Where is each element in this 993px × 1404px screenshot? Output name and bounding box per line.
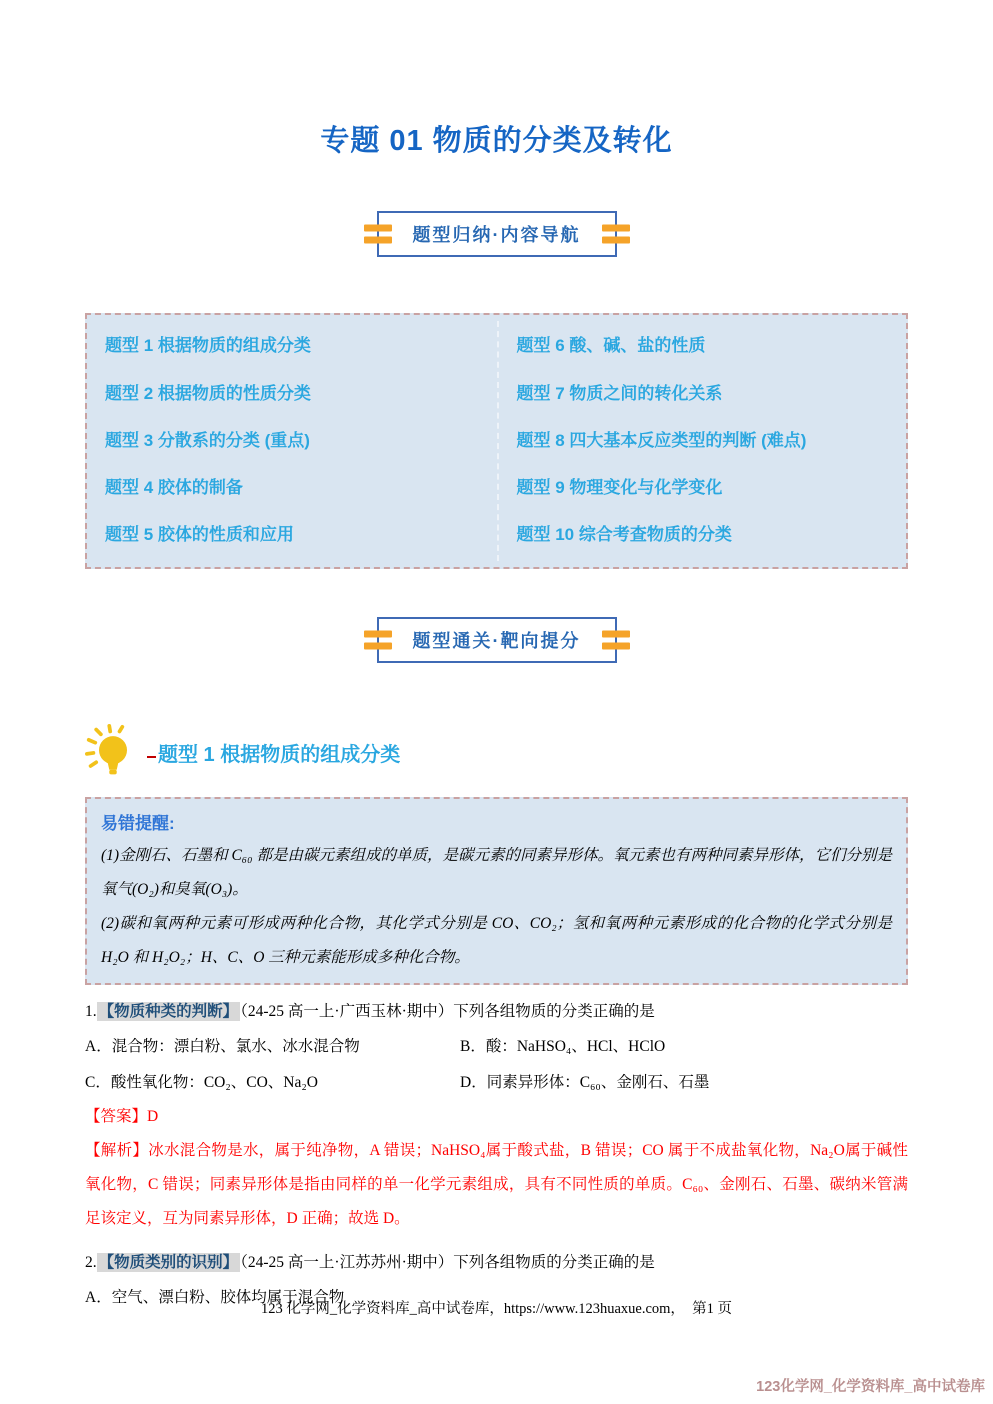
- question-tag: 【物质种类的判断】: [97, 1002, 241, 1021]
- analysis-label: 【解析】: [85, 1142, 148, 1159]
- question-stem-text: （24-25 高一上·广西玉林·期中）下列各组物质的分类正确的是: [240, 1003, 655, 1020]
- toc-item-4: 题型 4 胶体的制备: [87, 478, 497, 498]
- toc-item-10: 题型 10 综合考查物质的分类: [499, 525, 907, 545]
- badge-label: 题型归纳·内容导航: [413, 225, 581, 245]
- tip-box: 易错提醒: (1)金刚石、石墨和 C₆₀ 都是由碳元素组成的单质，是碳元素的同素…: [85, 797, 908, 985]
- option-c: C．酸性氧化物：CO₂、CO、Na₂O: [85, 1066, 460, 1100]
- double-bar-icon: [364, 631, 392, 650]
- toc-item-9: 题型 9 物理变化与化学变化: [499, 478, 907, 498]
- option-d: D．同素异形体：C₆₀、金刚石、石墨: [460, 1066, 908, 1100]
- answer-value: D: [147, 1108, 158, 1125]
- answer-label: 【答案】: [85, 1108, 147, 1125]
- section-title: 题型 1 根据物质的组成分类: [158, 738, 400, 767]
- tip-line: (1)金刚石、石墨和 C₆₀ 都是由碳元素组成的单质，是碳元素的同素异形体。氧元…: [101, 839, 892, 907]
- toc-item-8: 题型 8 四大基本反应类型的判断 (难点): [499, 431, 907, 451]
- question-tag: 【物质类别的识别】: [97, 1253, 241, 1272]
- page-footer: 123 化学网_化学资料库_高中试卷库，https://www.123huaxu…: [0, 1297, 993, 1318]
- question-stem: 2.【物质类别的识别】（24-25 高一上·江苏苏州·期中）下列各组物质的分类正…: [85, 1246, 908, 1280]
- answer-line: 【答案】D: [85, 1100, 908, 1134]
- toc-item-5: 题型 5 胶体的性质和应用: [87, 525, 497, 545]
- option-a: A．混合物：漂白粉、氯水、冰水混合物: [85, 1030, 460, 1064]
- page-content: 专题 01 物质的分类及转化 题型归纳·内容导航 题型 1 根据物质的组成分类 …: [0, 118, 993, 1315]
- ribbon-badge-practice: 题型通关·靶向提分: [377, 617, 617, 663]
- question-stem: 1.【物质种类的判断】（24-25 高一上·广西玉林·期中）下列各组物质的分类正…: [85, 995, 908, 1029]
- spellcheck-mark: [147, 746, 156, 758]
- worksheet-page: { "title": "专题 01 物质的分类及转化", "colors": {…: [0, 0, 993, 1404]
- analysis-text: 冰水混合物是水，属于纯净物，A 错误；NaHSO₄属于酸式盐，B 错误；CO 属…: [85, 1142, 908, 1227]
- double-bar-icon: [602, 225, 630, 244]
- ribbon-badge-toc: 题型归纳·内容导航: [377, 211, 617, 257]
- analysis-line: 【解析】冰水混合物是水，属于纯净物，A 错误；NaHSO₄属于酸式盐，B 错误；…: [85, 1134, 908, 1236]
- tip-line: (2)碳和氧两种元素可形成两种化合物，其化学式分别是 CO、CO₂；氢和氧两种元…: [101, 907, 892, 975]
- question-number: 1.: [85, 1003, 97, 1020]
- option-grid: A．混合物：漂白粉、氯水、冰水混合物 B．酸：NaHSO₄、HCl、HClO C…: [85, 1030, 908, 1100]
- toc-table: 题型 1 根据物质的组成分类 题型 2 根据物质的性质分类 题型 3 分散系的分…: [85, 313, 908, 569]
- toc-item-3: 题型 3 分散系的分类 (重点): [87, 431, 497, 451]
- toc-column-right: 题型 6 酸、碱、盐的性质 题型 7 物质之间的转化关系 题型 8 四大基本反应…: [497, 321, 907, 561]
- section-header: 题型 1 根据物质的组成分类: [85, 721, 908, 783]
- toc-item-1: 题型 1 根据物质的组成分类: [87, 336, 497, 356]
- badge-label: 题型通关·靶向提分: [413, 631, 581, 651]
- page-title: 专题 01 物质的分类及转化: [85, 118, 908, 159]
- toc-item-2: 题型 2 根据物质的性质分类: [87, 384, 497, 404]
- lightbulb-icon: [85, 722, 141, 782]
- question-1: 1.【物质种类的判断】（24-25 高一上·广西玉林·期中）下列各组物质的分类正…: [85, 995, 908, 1236]
- double-bar-icon: [364, 225, 392, 244]
- tip-heading: 易错提醒:: [101, 809, 892, 839]
- option-b: B．酸：NaHSO₄、HCl、HClO: [460, 1030, 908, 1064]
- double-bar-icon: [602, 631, 630, 650]
- question-number: 2.: [85, 1254, 97, 1271]
- question-stem-text: （24-25 高一上·江苏苏州·期中）下列各组物质的分类正确的是: [240, 1254, 655, 1271]
- toc-item-7: 题型 7 物质之间的转化关系: [499, 384, 907, 404]
- toc-item-6: 题型 6 酸、碱、盐的性质: [499, 336, 907, 356]
- toc-column-left: 题型 1 根据物质的组成分类 题型 2 根据物质的性质分类 题型 3 分散系的分…: [87, 321, 497, 561]
- watermark: 123化学网_化学资料库_高中试卷库: [756, 1375, 985, 1396]
